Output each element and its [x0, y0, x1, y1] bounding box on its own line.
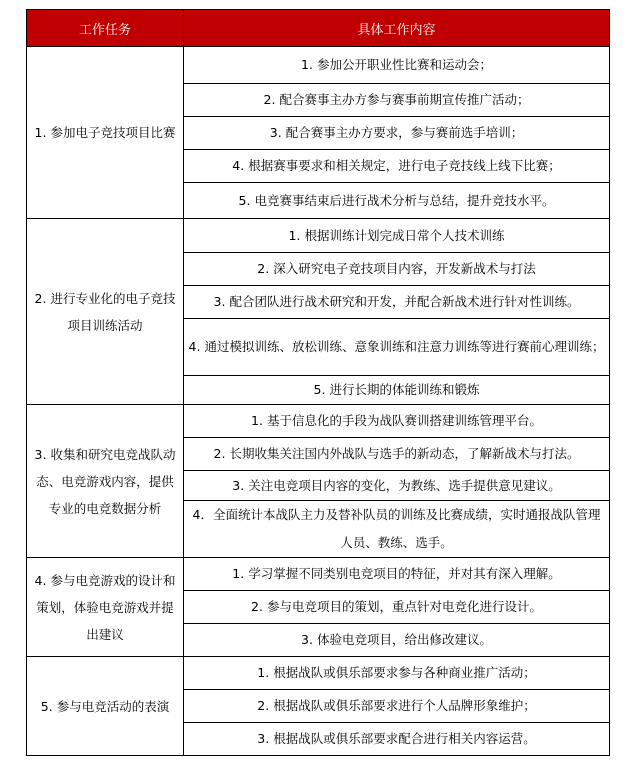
detail-cell: 1. 参加公开职业性比赛和运动会； — [184, 47, 610, 84]
detail-cell: 3. 根据战队或俱乐部要求配合进行相关内容运营。 — [184, 723, 610, 756]
header-work-task: 工作任务 — [27, 10, 184, 47]
detail-cell: 2. 配合赛事主办方参与赛事前期宣传推广活动； — [184, 84, 610, 117]
detail-cell: 4. 通过模拟训练、放松训练、意象训练和注意力训练等进行赛前心理训练； — [184, 319, 610, 376]
table-row: 5. 参与电竞活动的表演 1. 根据战队或俱乐部要求参与各种商业推广活动； — [27, 657, 610, 690]
header-work-detail: 具体工作内容 — [184, 10, 610, 47]
detail-cell: 5. 电竞赛事结束后进行战术分析与总结，提升竞技水平。 — [184, 183, 610, 219]
task-cell-2: 2. 进行专业化的电子竞技项目训练活动 — [27, 219, 184, 405]
detail-cell: 5. 进行长期的体能训练和锻炼 — [184, 376, 610, 405]
detail-cell: 1. 根据训练计划完成日常个人技术训练 — [184, 219, 610, 253]
detail-cell: 3. 配合团队进行战术研究和开发，并配合新战术进行针对性训练。 — [184, 286, 610, 319]
table-row: 3. 收集和研究电竞战队动态、电竞游戏内容，提供专业的电竞数据分析 1. 基于信… — [27, 405, 610, 438]
task-cell-5: 5. 参与电竞活动的表演 — [27, 657, 184, 756]
detail-cell: 2. 参与电竞项目的策划，重点针对电竞化进行设计。 — [184, 591, 610, 624]
detail-cell: 3. 体验电竞项目，给出修改建议。 — [184, 624, 610, 657]
detail-cell: 4. 根据赛事要求和相关规定，进行电子竞技线上线下比赛； — [184, 150, 610, 183]
detail-cell: 4．全面统计本战队主力及替补队员的训练及比赛成绩，实时通报战队管理人员、教练、选… — [184, 501, 610, 558]
detail-cell: 3. 配合赛事主办方要求，参与赛前选手培训； — [184, 117, 610, 150]
detail-cell: 2. 深入研究电子竞技项目内容，开发新战术与打法 — [184, 253, 610, 286]
table-header-row: 工作任务 具体工作内容 — [27, 10, 610, 47]
table-row: 4. 参与电竞游戏的设计和策划，体验电竞游戏并提出建议 1. 学习掌握不同类别电… — [27, 558, 610, 591]
detail-cell: 3. 关注电竞项目内容的变化，为教练、选手提供意见建议。 — [184, 471, 610, 501]
detail-cell: 2. 根据战队或俱乐部要求进行个人品牌形象维护； — [184, 690, 610, 723]
table-row: 2. 进行专业化的电子竞技项目训练活动 1. 根据训练计划完成日常个人技术训练 — [27, 219, 610, 253]
table-row: 1. 参加电子竞技项目比赛 1. 参加公开职业性比赛和运动会； — [27, 47, 610, 84]
task-cell-3: 3. 收集和研究电竞战队动态、电竞游戏内容，提供专业的电竞数据分析 — [27, 405, 184, 558]
task-cell-1: 1. 参加电子竞技项目比赛 — [27, 47, 184, 219]
detail-cell: 1. 基于信息化的手段为战队赛训搭建训练管理平台。 — [184, 405, 610, 438]
task-cell-4: 4. 参与电竞游戏的设计和策划，体验电竞游戏并提出建议 — [27, 558, 184, 657]
job-duties-table: 工作任务 具体工作内容 1. 参加电子竞技项目比赛 1. 参加公开职业性比赛和运… — [26, 9, 610, 756]
detail-cell: 2. 长期收集关注国内外战队与选手的新动态，了解新战术与打法。 — [184, 438, 610, 471]
detail-cell: 1. 根据战队或俱乐部要求参与各种商业推广活动； — [184, 657, 610, 690]
detail-cell: 1. 学习掌握不同类别电竞项目的特征，并对其有深入理解。 — [184, 558, 610, 591]
